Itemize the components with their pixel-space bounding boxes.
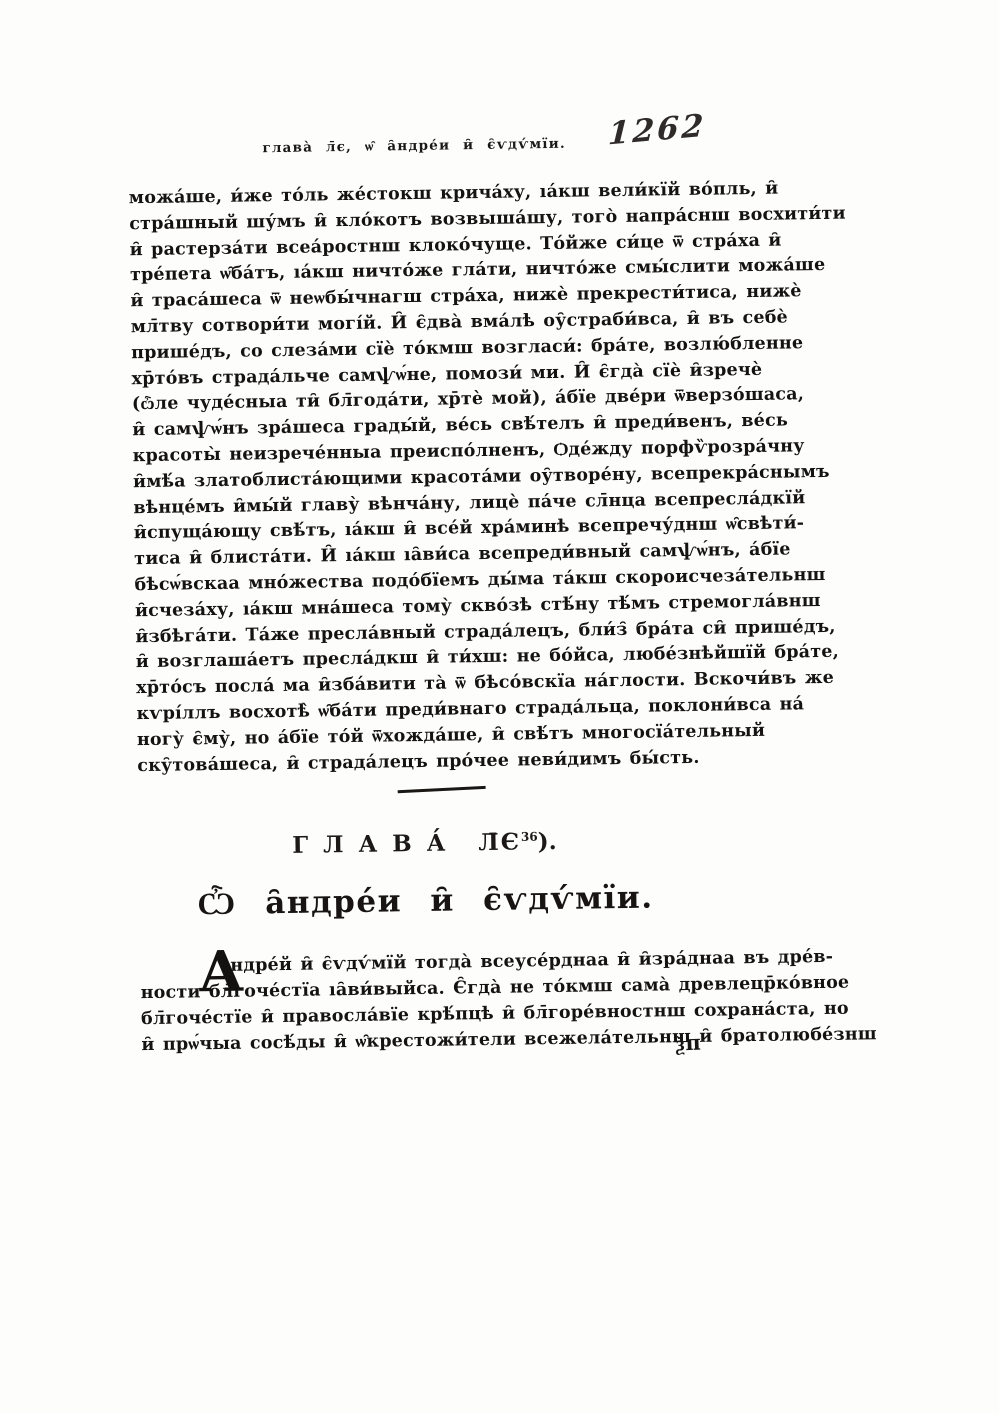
scanned-book-page: 1262 глава̀ л̄є, ѡ̑ а̑ндре́и и̑ є̑ѵдѵ́мї… — [0, 0, 999, 1413]
chapter-heading-close: ). — [538, 828, 557, 855]
chapter-heading: ГЛАВА́Л̄Є36). — [138, 826, 710, 861]
chapter-heading-word: ГЛАВА́ — [292, 830, 461, 859]
chapter-subtitle: Ѽ а̑ндре́и и̑ є̑ѵдѵ́мїи. — [139, 879, 711, 923]
drop-cap-initial: А — [198, 946, 244, 999]
chapter-footnote-ref: 36 — [521, 830, 538, 844]
chapter-heading-number: Л̄Є — [478, 829, 521, 857]
paragraph-1: можа́ше, и́же то́ль же́стокш крича́ху, ı… — [129, 178, 710, 780]
running-head: глава̀ л̄є, ѡ̑ а̑ндре́и и̑ є̑ѵдѵ́мїи. — [128, 134, 700, 158]
paragraph-2: А ндре́й и̑ є̑ѵдѵ́мїй тогда̀ всеусе́рдна… — [140, 947, 713, 1059]
text-block: глава̀ л̄є, ѡ̑ а̑ндре́и и̑ є̑ѵдѵ́мїи. мо… — [128, 134, 714, 1059]
section-divider-rule — [398, 786, 486, 793]
signature-mark: ѯп — [676, 1030, 703, 1057]
